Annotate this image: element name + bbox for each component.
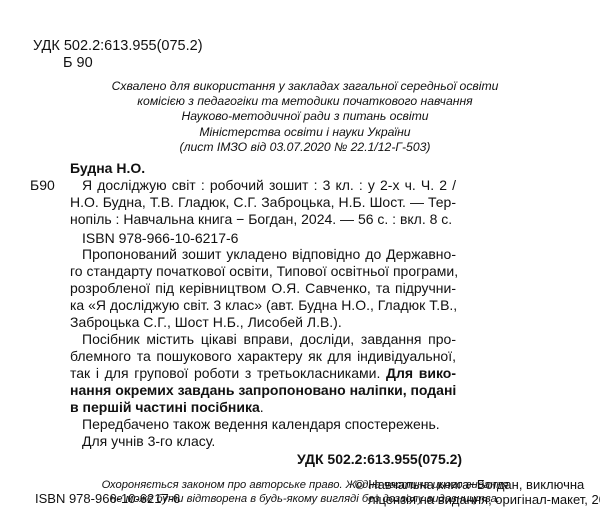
udk-code-bottom: УДК 502.2:613.955(075.2) — [297, 451, 462, 468]
approval-line: Науково-методичної ради з питань освіти — [100, 109, 510, 124]
annotation-line: Передбачено також ведення календаря спос… — [82, 416, 440, 433]
annotation-line: нання окремих завдань запропоновано налі… — [70, 382, 456, 399]
annotation-line: Пропонований зошит укладено відповідно д… — [82, 246, 456, 263]
udk-code-top: УДК 502.2:613.955(075.2) — [33, 38, 203, 55]
annotation-text: так і для групової роботи з третьокласни… — [70, 365, 386, 381]
annotation-bold-text: нання окремих завдань запропоновано налі… — [70, 382, 456, 398]
bibliography-isbn: ISBN 978-966-10-6217-6 — [82, 230, 238, 247]
annotation-line: Посібник містить цікаві вправи, досліди,… — [82, 331, 456, 348]
annotation-line: го стандарту початкової освіти, Типової … — [70, 263, 456, 280]
approval-line: (лист ІМЗО від 03.07.2020 № 22.1/12-Г-50… — [100, 140, 510, 155]
annotation-line: ка «Я досліджую світ. 3 клас» (авт. Будн… — [70, 297, 456, 314]
bibliography-line: Я досліджую світ : робочий зошит : 3 кл.… — [82, 177, 456, 194]
approval-line: Схвалено для використання у закладах заг… — [100, 79, 510, 94]
annotation-line: блемного та пошукового характеру як для … — [70, 348, 456, 365]
bibliography-line: нопіль : Навчальна книга − Богдан, 2024.… — [70, 211, 452, 228]
approval-line: Міністерства освіти і науки України — [100, 125, 510, 140]
annotation-line: в першій частині посібника. — [70, 399, 264, 416]
approval-statement: Схвалено для використання у закладах заг… — [100, 79, 510, 155]
publisher-copyright: © Навчальна книга−Богдан, виключна — [355, 477, 584, 492]
annotation-bold-text: Для вико- — [386, 365, 456, 381]
approval-line: комісією з педагогіки та методики початк… — [100, 94, 510, 109]
annotation-bold-text: в першій частині посібника — [70, 399, 260, 415]
bibliographic-code: Б90 — [30, 177, 55, 194]
library-code-top: Б 90 — [63, 55, 93, 72]
isbn-footer: ISBN 978-966-10-6217-6 — [35, 491, 180, 506]
bibliography-line: Н.О. Будна, Т.В. Гладюк, С.Г. Заброцька,… — [70, 194, 456, 211]
annotation-line: Заброцька С.Г., Шост Н.Б., Лисобей Л.В.)… — [70, 314, 342, 331]
author-heading: Будна Н.О. — [70, 160, 145, 177]
annotation-line: розробленої під керівництвом О.Я. Савчен… — [70, 280, 456, 297]
annotation-line: так і для групової роботи з третьокласни… — [70, 365, 456, 382]
annotation-text: . — [260, 399, 264, 415]
publisher-license: ліцензія на видання, оригінал-макет, 202… — [368, 492, 600, 507]
annotation-line: Для учнів 3-го класу. — [82, 433, 215, 450]
